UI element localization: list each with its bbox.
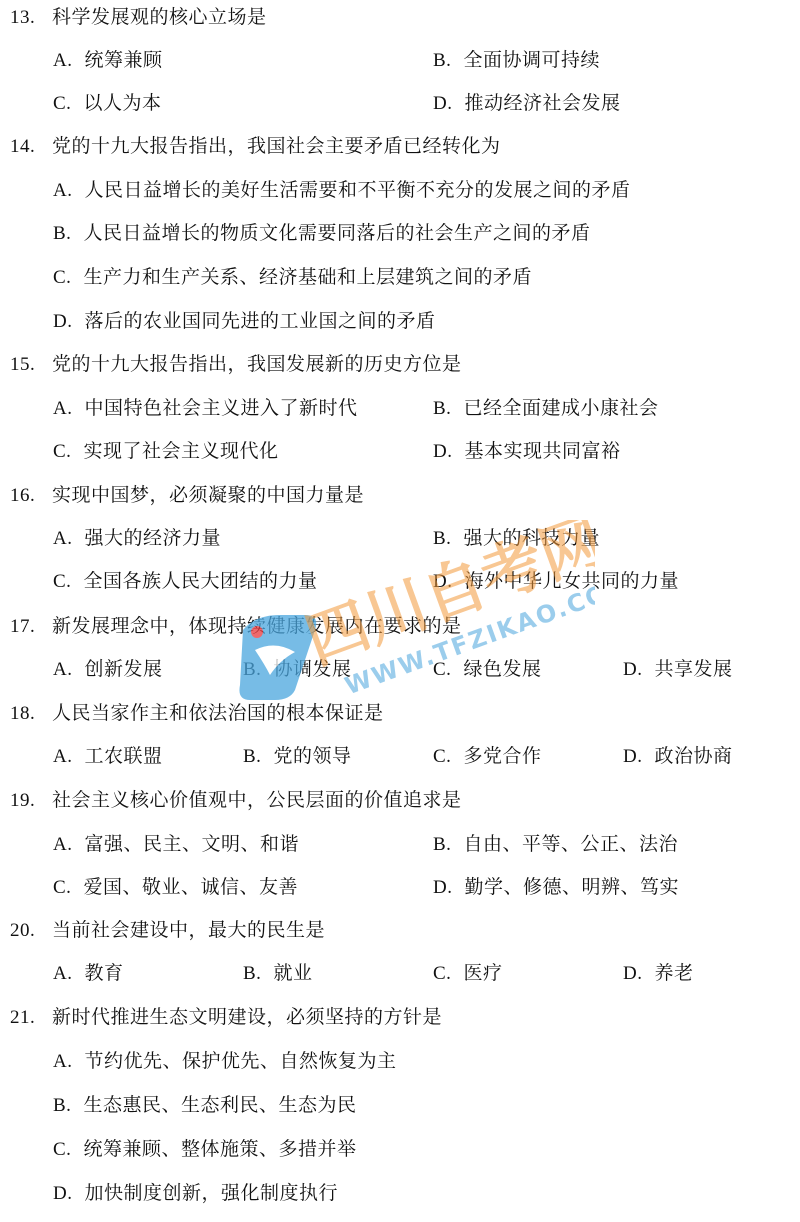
question-18-stem: 18.人民当家作主和依法治国的根本保证是: [10, 698, 384, 728]
question-16-option-d[interactable]: D.海外中华儿女共同的力量: [433, 566, 679, 597]
option-letter: B.: [433, 50, 451, 71]
option-letter: A.: [53, 834, 72, 855]
option-text: 教育: [84, 962, 123, 984]
option-letter: C.: [53, 267, 71, 288]
question-21-options-row-3: C.统筹兼顾、整体施策、多措并举: [0, 1134, 800, 1164]
option-letter: D.: [623, 659, 642, 680]
option-text: 自由、平等、公正、法治: [463, 833, 678, 855]
option-text: 落后的农业国同先进的工业国之间的矛盾: [84, 310, 435, 332]
option-letter: D.: [623, 746, 642, 767]
option-letter: C.: [53, 93, 71, 114]
question-13-option-c[interactable]: C.以人为本: [53, 88, 161, 119]
question-14-options-row-1: A.人民日益增长的美好生活需要和不平衡不充分的发展之间的矛盾: [0, 175, 800, 205]
option-letter: D.: [53, 1183, 72, 1204]
option-letter: C.: [433, 659, 451, 680]
question-21-options-row-1: A.节约优先、保护优先、自然恢复为主: [0, 1046, 800, 1076]
option-letter: C.: [53, 877, 71, 898]
question-text: 当前社会建设中，最大的民生是: [52, 919, 325, 941]
option-text: 政治协商: [654, 745, 732, 767]
question-13-stem: 13.科学发展观的核心立场是: [10, 2, 267, 32]
question-16-stem: 16.实现中国梦，必须凝聚的中国力量是: [10, 480, 364, 510]
option-text: 节约优先、保护优先、自然恢复为主: [84, 1050, 396, 1072]
question-13-option-d[interactable]: D.推动经济社会发展: [433, 88, 621, 119]
option-letter: A.: [53, 528, 72, 549]
question-14-options-row-3: C.生产力和生产关系、经济基础和上层建筑之间的矛盾: [0, 262, 800, 292]
question-19-option-d[interactable]: D.勤学、修德、明辨、笃实: [433, 872, 679, 903]
option-text: 基本实现共同富裕: [464, 440, 620, 462]
option-letter: B.: [243, 963, 261, 984]
question-13-option-a[interactable]: A.统筹兼顾: [53, 45, 163, 76]
question-text: 党的十九大报告指出，我国社会主要矛盾已经转化为: [52, 135, 501, 157]
question-21-options-row-4: D.加快制度创新，强化制度执行: [0, 1178, 800, 1208]
question-20-stem: 20.当前社会建设中，最大的民生是: [10, 915, 325, 945]
option-text: 加快制度创新，强化制度执行: [84, 1182, 338, 1204]
option-letter: A.: [53, 746, 72, 767]
question-number: 18.: [10, 699, 52, 729]
option-letter: B.: [53, 1095, 71, 1116]
question-17-options-row-1: A.创新发展 B.协调发展 C.绿色发展 D.共享发展: [0, 654, 800, 684]
option-letter: C.: [53, 1139, 71, 1160]
option-letter: D.: [433, 877, 452, 898]
question-14-stem: 14.党的十九大报告指出，我国社会主要矛盾已经转化为: [10, 131, 501, 161]
option-text: 工农联盟: [84, 745, 162, 767]
question-19-options-row-2: C.爱国、敬业、诚信、友善 D.勤学、修德、明辨、笃实: [0, 872, 800, 902]
option-text: 以人为本: [83, 92, 161, 114]
option-letter: C.: [53, 571, 71, 592]
option-letter: B.: [243, 659, 261, 680]
option-text: 医疗: [463, 962, 502, 984]
option-text: 协调发展: [273, 658, 351, 680]
option-text: 爱国、敬业、诚信、友善: [83, 876, 298, 898]
question-14-options-row-4: D.落后的农业国同先进的工业国之间的矛盾: [0, 306, 800, 336]
question-21-option-a[interactable]: A.节约优先、保护优先、自然恢复为主: [53, 1046, 397, 1077]
question-14-option-c[interactable]: C.生产力和生产关系、经济基础和上层建筑之间的矛盾: [53, 262, 532, 293]
option-text: 就业: [273, 962, 312, 984]
question-number: 21.: [10, 1003, 52, 1033]
question-number: 17.: [10, 612, 52, 642]
option-text: 已经全面建成小康社会: [463, 397, 658, 419]
question-15-option-d[interactable]: D.基本实现共同富裕: [433, 436, 621, 467]
question-20-option-b[interactable]: B.就业: [243, 958, 312, 989]
option-letter: C.: [53, 441, 71, 462]
option-text: 党的领导: [273, 745, 351, 767]
question-15-option-b[interactable]: B.已经全面建成小康社会: [433, 393, 658, 424]
option-letter: D.: [53, 311, 72, 332]
question-number: 14.: [10, 132, 52, 162]
option-text: 推动经济社会发展: [464, 92, 620, 114]
option-text: 多党合作: [463, 745, 541, 767]
question-text: 社会主义核心价值观中，公民层面的价值追求是: [52, 789, 462, 811]
question-20-option-d[interactable]: D.养老: [623, 958, 694, 989]
question-14-option-a[interactable]: A.人民日益增长的美好生活需要和不平衡不充分的发展之间的矛盾: [53, 175, 631, 206]
option-letter: D.: [433, 441, 452, 462]
option-letter: B.: [243, 746, 261, 767]
question-18-options-row-1: A.工农联盟 B.党的领导 C.多党合作 D.政治协商: [0, 741, 800, 771]
question-text: 新时代推进生态文明建设，必须坚持的方针是: [52, 1006, 442, 1028]
question-19-option-c[interactable]: C.爱国、敬业、诚信、友善: [53, 872, 298, 903]
question-15-option-c[interactable]: C.实现了社会主义现代化: [53, 436, 278, 467]
option-text: 生产力和生产关系、经济基础和上层建筑之间的矛盾: [83, 266, 532, 288]
question-number: 13.: [10, 3, 52, 33]
option-letter: B.: [433, 834, 451, 855]
question-16-options-row-1: A.强大的经济力量 B.强大的科技力量: [0, 523, 800, 553]
question-16-option-c[interactable]: C.全国各族人民大团结的力量: [53, 566, 317, 597]
question-19-stem: 19.社会主义核心价值观中，公民层面的价值追求是: [10, 785, 462, 815]
option-letter: A.: [53, 180, 72, 201]
option-text: 强大的经济力量: [84, 527, 221, 549]
option-letter: A.: [53, 1051, 72, 1072]
question-text: 科学发展观的核心立场是: [52, 6, 267, 28]
option-text: 富强、民主、文明、和谐: [84, 833, 299, 855]
option-letter: B.: [53, 223, 71, 244]
question-13-options-row-1: A.统筹兼顾 B.全面协调可持续: [0, 45, 800, 75]
question-17-stem: 17.新发展理念中，体现持续健康发展内在要求的是: [10, 611, 462, 641]
question-18-option-b[interactable]: B.党的领导: [243, 741, 351, 772]
question-16-option-b[interactable]: B.强大的科技力量: [433, 523, 600, 554]
option-letter: A.: [53, 398, 72, 419]
question-19-options-row-1: A.富强、民主、文明、和谐 B.自由、平等、公正、法治: [0, 829, 800, 859]
question-text: 人民当家作主和依法治国的根本保证是: [52, 702, 384, 724]
question-14-option-d[interactable]: D.落后的农业国同先进的工业国之间的矛盾: [53, 306, 436, 337]
question-21-option-b[interactable]: B.生态惠民、生态利民、生态为民: [53, 1090, 356, 1121]
question-17-option-a[interactable]: A.创新发展: [53, 654, 163, 685]
question-21-option-d[interactable]: D.加快制度创新，强化制度执行: [53, 1178, 338, 1209]
question-16-option-a[interactable]: A.强大的经济力量: [53, 523, 221, 554]
question-21-stem: 21.新时代推进生态文明建设，必须坚持的方针是: [10, 1002, 442, 1032]
option-text: 绿色发展: [463, 658, 541, 680]
option-text: 创新发展: [84, 658, 162, 680]
question-18-option-d[interactable]: D.政治协商: [623, 741, 733, 772]
option-text: 人民日益增长的美好生活需要和不平衡不充分的发展之间的矛盾: [84, 179, 630, 201]
question-17-option-d[interactable]: D.共享发展: [623, 654, 733, 685]
question-15-option-a[interactable]: A.中国特色社会主义进入了新时代: [53, 393, 358, 424]
option-letter: D.: [623, 963, 642, 984]
question-text: 实现中国梦，必须凝聚的中国力量是: [52, 484, 364, 506]
option-letter: B.: [433, 398, 451, 419]
question-19-option-a[interactable]: A.富强、民主、文明、和谐: [53, 829, 299, 860]
option-text: 强大的科技力量: [463, 527, 600, 549]
option-letter: A.: [53, 50, 72, 71]
question-text: 新发展理念中，体现持续健康发展内在要求的是: [52, 615, 462, 637]
question-20-options-row-1: A.教育 B.就业 C.医疗 D.养老: [0, 958, 800, 988]
option-letter: A.: [53, 963, 72, 984]
question-16-options-row-2: C.全国各族人民大团结的力量 D.海外中华儿女共同的力量: [0, 566, 800, 596]
option-text: 人民日益增长的物质文化需要同落后的社会生产之间的矛盾: [83, 222, 590, 244]
option-text: 全面协调可持续: [463, 49, 600, 71]
question-20-option-a[interactable]: A.教育: [53, 958, 124, 989]
question-13-option-b[interactable]: B.全面协调可持续: [433, 45, 600, 76]
option-letter: C.: [433, 746, 451, 767]
question-15-stem: 15.党的十九大报告指出，我国发展新的历史方位是: [10, 349, 462, 379]
option-text: 实现了社会主义现代化: [83, 440, 278, 462]
option-letter: C.: [433, 963, 451, 984]
option-letter: D.: [433, 93, 452, 114]
option-text: 养老: [654, 962, 693, 984]
question-text: 党的十九大报告指出，我国发展新的历史方位是: [52, 353, 462, 375]
question-20-option-c[interactable]: C.医疗: [433, 958, 502, 989]
question-13-options-row-2: C.以人为本 D.推动经济社会发展: [0, 88, 800, 118]
question-17-option-b[interactable]: B.协调发展: [243, 654, 351, 685]
question-number: 19.: [10, 786, 52, 816]
option-letter: A.: [53, 659, 72, 680]
question-14-option-b[interactable]: B.人民日益增长的物质文化需要同落后的社会生产之间的矛盾: [53, 218, 590, 249]
option-text: 勤学、修德、明辨、笃实: [464, 876, 679, 898]
question-15-options-row-1: A.中国特色社会主义进入了新时代 B.已经全面建成小康社会: [0, 393, 800, 423]
question-number: 16.: [10, 481, 52, 511]
option-letter: D.: [433, 571, 452, 592]
option-text: 生态惠民、生态利民、生态为民: [83, 1094, 356, 1116]
option-text: 统筹兼顾、整体施策、多措并举: [83, 1138, 356, 1160]
question-14-options-row-2: B.人民日益增长的物质文化需要同落后的社会生产之间的矛盾: [0, 218, 800, 248]
question-number: 20.: [10, 916, 52, 946]
question-number: 15.: [10, 350, 52, 380]
question-18-option-a[interactable]: A.工农联盟: [53, 741, 163, 772]
question-19-option-b[interactable]: B.自由、平等、公正、法治: [433, 829, 678, 860]
option-letter: B.: [433, 528, 451, 549]
question-15-options-row-2: C.实现了社会主义现代化 D.基本实现共同富裕: [0, 436, 800, 466]
question-17-option-c[interactable]: C.绿色发展: [433, 654, 541, 685]
question-21-option-c[interactable]: C.统筹兼顾、整体施策、多措并举: [53, 1134, 356, 1165]
option-text: 中国特色社会主义进入了新时代: [84, 397, 357, 419]
option-text: 海外中华儿女共同的力量: [464, 570, 679, 592]
option-text: 全国各族人民大团结的力量: [83, 570, 317, 592]
question-18-option-c[interactable]: C.多党合作: [433, 741, 541, 772]
option-text: 共享发展: [654, 658, 732, 680]
option-text: 统筹兼顾: [84, 49, 162, 71]
question-21-options-row-2: B.生态惠民、生态利民、生态为民: [0, 1090, 800, 1120]
